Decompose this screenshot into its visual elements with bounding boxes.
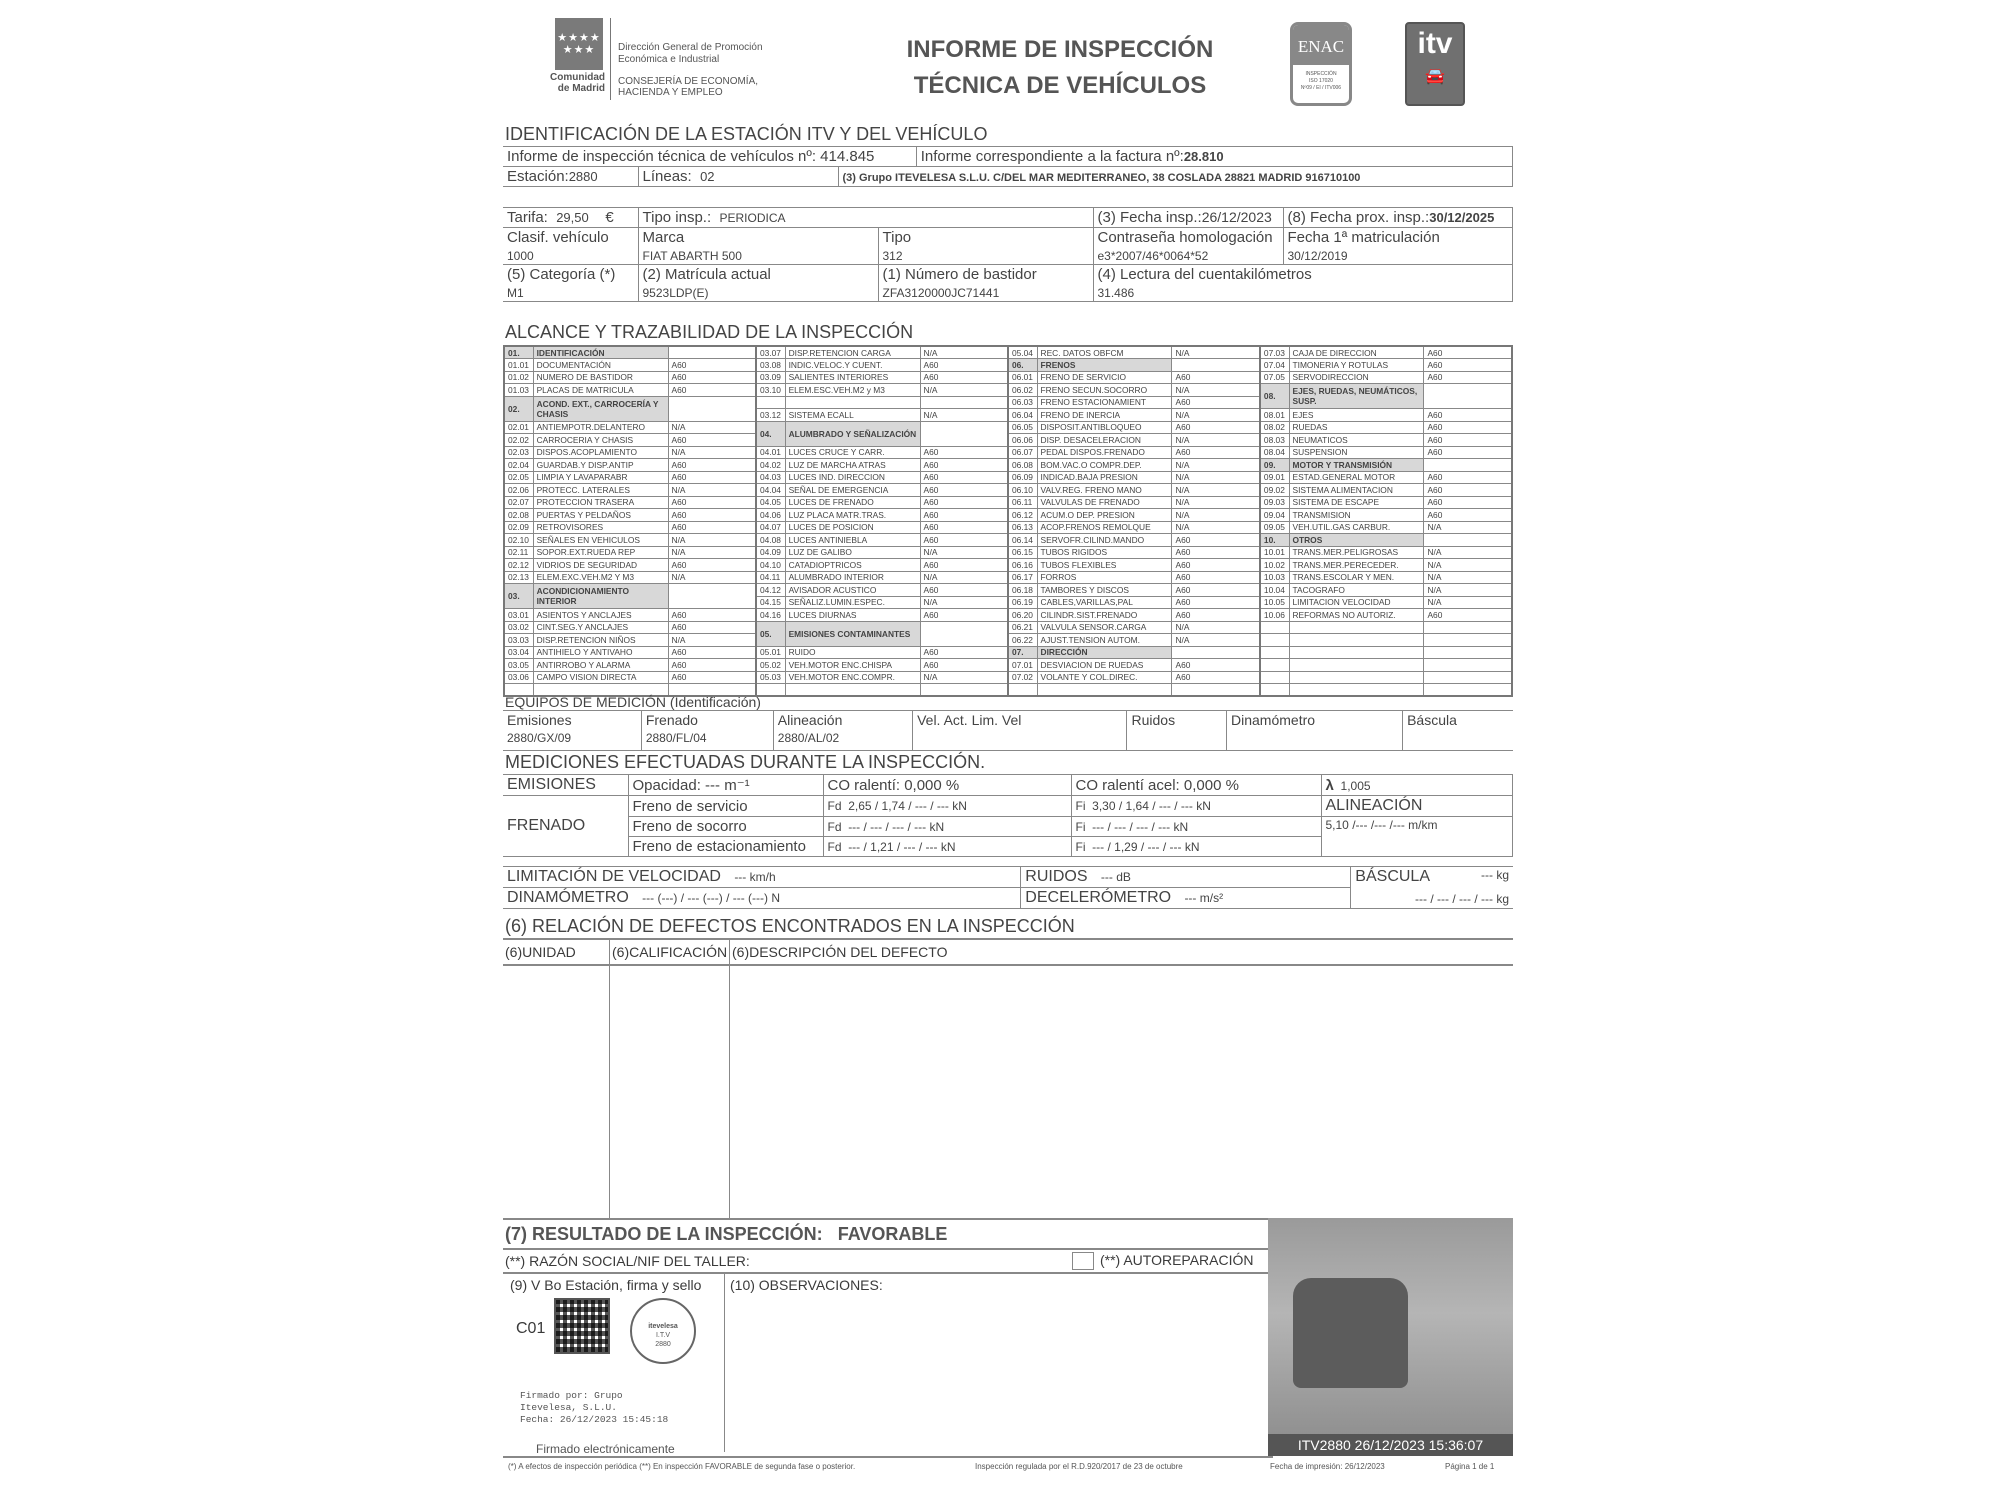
scope-code: 06.12 xyxy=(1008,509,1037,522)
page-title: INFORME DE INSPECCIÓN TÉCNICA DE VEHÍCUL… xyxy=(880,32,1240,104)
scope-code: 02.01 xyxy=(504,421,533,434)
scope-status: A60 xyxy=(1172,371,1260,384)
scope-item-name: PLACAS DE MATRICULA xyxy=(533,384,668,397)
scope-status: N/A xyxy=(1172,434,1260,447)
scope-code: 03.07 xyxy=(756,346,785,359)
scope-status: A60 xyxy=(668,471,756,484)
scope-status: N/A xyxy=(1424,546,1512,559)
scope-status: A60 xyxy=(668,496,756,509)
scope-item-name: EMISIONES CONTAMINANTES xyxy=(785,621,920,646)
scope-row: 02.08PUERTAS Y PELDAÑOSA6004.06LUZ PLACA… xyxy=(504,509,1512,522)
scope-status: A60 xyxy=(1424,409,1512,422)
scope-code: 02.05 xyxy=(504,471,533,484)
scope-row: 02.01ANTIEMPOTR.DELANTERON/A04.ALUMBRADO… xyxy=(504,421,1512,434)
workshop-label: (**) RAZÓN SOCIAL/NIF DEL TALLER: xyxy=(505,1253,750,1269)
defects-col-unit: (6)UNIDAD xyxy=(505,944,576,960)
scope-code xyxy=(1260,671,1289,684)
scope-item-name: SEÑAL DE EMERGENCIA xyxy=(785,484,920,497)
equipment-title: EQUIPOS DE MEDICIÓN (Identificación) xyxy=(505,694,761,710)
scope-item-name: ESTAD.GENERAL MOTOR xyxy=(1289,471,1424,484)
scope-code: 09.01 xyxy=(1260,471,1289,484)
scope-status: A60 xyxy=(1424,359,1512,372)
scope-row: 03.01ASIENTOS Y ANCLAJESA6004.16LUCES DI… xyxy=(504,609,1512,622)
scope-status xyxy=(1172,359,1260,372)
scope-item-name: AVISADOR ACUSTICO xyxy=(785,584,920,597)
scope-item-name: LUZ DE MARCHA ATRAS xyxy=(785,459,920,472)
scope-code: 04.12 xyxy=(756,584,785,597)
scope-item-name: INDIC.VELOC.Y CUENT. xyxy=(785,359,920,372)
scope-status: A60 xyxy=(1172,534,1260,547)
vehicle-table: Tarifa: 29,50 € Tipo insp.: PERIODICA (3… xyxy=(503,207,1513,302)
scope-status: A60 xyxy=(668,459,756,472)
scope-code: 03. xyxy=(504,584,533,609)
scope-code: 03.06 xyxy=(504,671,533,684)
scope-status xyxy=(1424,621,1512,634)
scope-status: A60 xyxy=(920,584,1008,597)
scope-code: 04.03 xyxy=(756,471,785,484)
scope-item-name: LUCES CRUCE Y CARR. xyxy=(785,446,920,459)
scope-item-name: CAJA DE DIRECCION xyxy=(1289,346,1424,359)
measurements-extra-table: LIMITACIÓN DE VELOCIDAD --- km/h RUIDOS … xyxy=(503,866,1513,909)
plate-cell: (2) Matrícula actual9523LDP(E) xyxy=(638,265,878,302)
footer-print-date: Fecha de impresión: 26/12/2023 xyxy=(1270,1462,1385,1471)
scope-title: ALCANCE Y TRAZABILIDAD DE LA INSPECCIÓN xyxy=(505,322,913,343)
scope-item-name xyxy=(1289,621,1424,634)
scope-item-name: PEDAL DISPOS.FRENADO xyxy=(1037,446,1172,459)
report-number-cell: Informe de inspección técnica de vehícul… xyxy=(503,147,916,167)
scope-code: 02.02 xyxy=(504,434,533,447)
photo-timestamp: ITV2880 26/12/2023 15:36:07 xyxy=(1268,1434,1513,1456)
scope-status: A60 xyxy=(920,496,1008,509)
scope-status: A60 xyxy=(668,609,756,622)
scope-status: A60 xyxy=(668,559,756,572)
scope-item-name: LIMITACION VELOCIDAD xyxy=(1289,596,1424,609)
first-registration-cell: Fecha 1ª matriculación30/12/2019 xyxy=(1283,228,1513,265)
scope-row: 03.ACONDICIONAMIENTO INTERIOR04.12AVISAD… xyxy=(504,584,1512,597)
scope-row: 01.IDENTIFICACIÓN03.07DISP.RETENCION CAR… xyxy=(504,346,1512,359)
category-cell: (5) Categoría (*)M1 xyxy=(503,265,638,302)
scope-code: 06.07 xyxy=(1008,446,1037,459)
scope-item-name: ELEM.EXC.VEH.M2 Y M3 xyxy=(533,571,668,584)
scope-code xyxy=(756,396,785,409)
scope-status: N/A xyxy=(920,409,1008,422)
scope-item-name: CATADIOPTRICOS xyxy=(785,559,920,572)
scope-code: 02.07 xyxy=(504,496,533,509)
scope-item-name: DISP.RETENCION CARGA xyxy=(785,346,920,359)
scope-item-name: SISTEMA ALIMENTACION xyxy=(1289,484,1424,497)
scope-item-name: FORROS xyxy=(1037,571,1172,584)
scope-row: 03.04ANTIHIELO Y ANTIVAHOA6005.01RUIDOA6… xyxy=(504,646,1512,659)
scope-item-name xyxy=(1289,659,1424,672)
scope-status: N/A xyxy=(668,634,756,647)
equipment-cell: Emisiones2880/GX/09 xyxy=(503,711,641,751)
scope-item-name: TRANS.MER.PERECEDER. xyxy=(1289,559,1424,572)
scope-status: A60 xyxy=(1172,671,1260,684)
scope-item-name: FRENOS xyxy=(1037,359,1172,372)
footer-regulation: Inspección regulada por el R.D.920/2017 … xyxy=(975,1462,1183,1471)
scope-status: A60 xyxy=(920,521,1008,534)
equipment-cell: Vel. Act. Lim. Vel xyxy=(913,711,1127,751)
scope-item-name: ALUMBRADO INTERIOR xyxy=(785,571,920,584)
scope-status xyxy=(1424,384,1512,409)
scope-row: 02.05LIMPIA Y LAVAPARABRA6004.03LUCES IN… xyxy=(504,471,1512,484)
scope-code: 04.08 xyxy=(756,534,785,547)
scope-row: 02.03DISPOS.ACOPLAMIENTON/A04.01LUCES CR… xyxy=(504,446,1512,459)
scope-status: A60 xyxy=(1172,446,1260,459)
scope-item-name: CAMPO VISION DIRECTA xyxy=(533,671,668,684)
scope-item-name: MOTOR Y TRANSMISIÓN xyxy=(1289,459,1424,472)
direction-general: Dirección General de Promoción Económica… xyxy=(618,42,763,66)
scope-item-name: ANTIEMPOTR.DELANTERO xyxy=(533,421,668,434)
stars-icon: ★★★★ ★★★ xyxy=(555,18,603,56)
scope-status: A60 xyxy=(920,609,1008,622)
scope-code: 03.09 xyxy=(756,371,785,384)
scope-code: 04.01 xyxy=(756,446,785,459)
scope-row: 02.04GUARDAB.Y DISP.ANTIPA6004.02LUZ DE … xyxy=(504,459,1512,472)
scope-item-name: CINT.SEG.Y ANCLAJES xyxy=(533,621,668,634)
scope-item-name: CARROCERIA Y CHASIS xyxy=(533,434,668,447)
homologation-cell: Contraseña homologacióne3*2007/46*0064*5… xyxy=(1093,228,1283,265)
scope-status: A60 xyxy=(920,471,1008,484)
scope-status: N/A xyxy=(1172,496,1260,509)
scope-item-name: RETROVISORES xyxy=(533,521,668,534)
scope-item-name: VIDRIOS DE SEGURIDAD xyxy=(533,559,668,572)
scope-status: A60 xyxy=(668,359,756,372)
scope-item-name: VOLANTE Y COL.DIREC. xyxy=(1037,671,1172,684)
scope-item-name: VALV.REG. FRENO MANO xyxy=(1037,484,1172,497)
scope-item-name: VALVULAS DE FRENADO xyxy=(1037,496,1172,509)
scope-code: 09.05 xyxy=(1260,521,1289,534)
scope-code: 03.02 xyxy=(504,621,533,634)
defects-col-rating: (6)CALIFICACIÓN xyxy=(612,944,727,960)
scope-status: N/A xyxy=(1424,584,1512,597)
scope-item-name: VEH.UTIL.GAS CARBUR. xyxy=(1289,521,1424,534)
scope-row: 02.06PROTECC. LATERALESN/A04.04SEÑAL DE … xyxy=(504,484,1512,497)
scope-status: N/A xyxy=(1172,346,1260,359)
scope-status: A60 xyxy=(1172,571,1260,584)
station-cell: Estación:2880 xyxy=(503,167,638,187)
scope-status: A60 xyxy=(920,359,1008,372)
defects-col-description: (6)DESCRIPCIÓN DEL DEFECTO xyxy=(732,944,947,960)
scope-code: 02. xyxy=(504,396,533,421)
scope-status: N/A xyxy=(920,571,1008,584)
scope-status: A60 xyxy=(920,534,1008,547)
scope-code: 07.03 xyxy=(1260,346,1289,359)
scope-status xyxy=(1172,646,1260,659)
scope-code: 06.02 xyxy=(1008,384,1037,397)
measurements-table: EMISIONES Opacidad: --- m⁻¹ CO ralentí: … xyxy=(503,774,1513,857)
scope-row: 03.03DISP.RETENCION NIÑOSN/A06.22AJUST.T… xyxy=(504,634,1512,647)
measurements-title: MEDICIONES EFECTUADAS DURANTE LA INSPECC… xyxy=(505,752,985,773)
scope-status: N/A xyxy=(1172,509,1260,522)
scope-code: 06.19 xyxy=(1008,596,1037,609)
scope-item-name: DIRECCIÓN xyxy=(1037,646,1172,659)
scope-status: A60 xyxy=(920,371,1008,384)
tariff-cell: Tarifa: 29,50 € xyxy=(503,208,638,228)
scope-status xyxy=(920,421,1008,446)
scope-code xyxy=(1260,634,1289,647)
scope-status: N/A xyxy=(668,546,756,559)
scope-status: N/A xyxy=(1424,559,1512,572)
scope-item-name: PROTECCION TRASERA xyxy=(533,496,668,509)
signed-electronically: Firmado electrónicamente xyxy=(536,1442,675,1456)
scope-code: 10.02 xyxy=(1260,559,1289,572)
scope-code: 04.16 xyxy=(756,609,785,622)
scope-row: 02.13ELEM.EXC.VEH.M2 Y M3N/A04.11ALUMBRA… xyxy=(504,571,1512,584)
scope-status: N/A xyxy=(920,671,1008,684)
scope-status xyxy=(668,396,756,421)
footer-note: (*) A efectos de inspección periódica (*… xyxy=(508,1462,855,1471)
scope-item-name: ELEM.ESC.VEH.M2 y M3 xyxy=(785,384,920,397)
scope-code: 04.02 xyxy=(756,459,785,472)
scope-status: N/A xyxy=(1424,521,1512,534)
scope-item-name: REFORMAS NO AUTORIZ. xyxy=(1289,609,1424,622)
equipment-cell: Ruidos xyxy=(1127,711,1227,751)
insp-type-cell: Tipo insp.: PERIODICA xyxy=(638,208,1093,228)
scope-status: N/A xyxy=(668,421,756,434)
insp-date-cell: (3) Fecha insp.:26/12/2023 xyxy=(1093,208,1283,228)
scope-code: 02.11 xyxy=(504,546,533,559)
scope-status: A60 xyxy=(1172,659,1260,672)
scope-status: N/A xyxy=(1172,459,1260,472)
scope-status: A60 xyxy=(1424,496,1512,509)
header-divider xyxy=(610,18,611,100)
scope-item-name: VEH.MOTOR ENC.CHISPA xyxy=(785,659,920,672)
scope-status: N/A xyxy=(920,346,1008,359)
scope-code: 01. xyxy=(504,346,533,359)
scope-item-name: FRENO DE INERCIA xyxy=(1037,409,1172,422)
scope-status: A60 xyxy=(1172,559,1260,572)
scope-status: A60 xyxy=(1172,546,1260,559)
scope-item-name: PROTECC. LATERALES xyxy=(533,484,668,497)
scope-item-name: NEUMATICOS xyxy=(1289,434,1424,447)
scope-status: N/A xyxy=(668,446,756,459)
scope-status: A60 xyxy=(920,646,1008,659)
scope-item-name: SALIENTES INTERIORES xyxy=(785,371,920,384)
scope-status: A60 xyxy=(1172,609,1260,622)
scope-row: 03.06CAMPO VISION DIRECTAA6005.03VEH.MOT… xyxy=(504,671,1512,684)
scope-code: 04.15 xyxy=(756,596,785,609)
scope-item-name: EJES xyxy=(1289,409,1424,422)
scope-item-name: SEÑALES EN VEHICULOS xyxy=(533,534,668,547)
scope-item-name: LIMPIA Y LAVAPARABR xyxy=(533,471,668,484)
station-sign-label: (9) V Bo Estación, firma y sello xyxy=(510,1277,701,1293)
scope-item-name: DISP. DESACELERACION xyxy=(1037,434,1172,447)
scope-code: 02.04 xyxy=(504,459,533,472)
vin-cell: (1) Número de bastidorZFA3120000JC71441 xyxy=(878,265,1093,302)
signed-by: Firmado por: Grupo Itevelesa, S.L.U. Fec… xyxy=(520,1390,668,1426)
scope-status: N/A xyxy=(668,571,756,584)
scope-item-name: TAMBORES Y DISCOS xyxy=(1037,584,1172,597)
scope-code: 05.03 xyxy=(756,671,785,684)
scope-item-name: OTROS xyxy=(1289,534,1424,547)
scope-item-name: LUCES DIURNAS xyxy=(785,609,920,622)
scope-item-name: TUBOS RIGIDOS xyxy=(1037,546,1172,559)
scope-status: A60 xyxy=(1424,471,1512,484)
scope-item-name: SISTEMA DE ESCAPE xyxy=(1289,496,1424,509)
scope-status: N/A xyxy=(1424,571,1512,584)
scope-status: N/A xyxy=(668,484,756,497)
scope-code: 06.09 xyxy=(1008,471,1037,484)
scope-item-name xyxy=(1289,646,1424,659)
scope-item-name: LUZ DE GALIBO xyxy=(785,546,920,559)
scope-code: 05.04 xyxy=(1008,346,1037,359)
scope-code: 03.12 xyxy=(756,409,785,422)
scope-item-name: ACOND. EXT., CARROCERÍA Y CHASIS xyxy=(533,396,668,421)
scope-item-name: DISPOS.ACOPLAMIENTO xyxy=(533,446,668,459)
scope-row: 02.07PROTECCION TRASERAA6004.05LUCES DE … xyxy=(504,496,1512,509)
type-cell: Tipo312 xyxy=(878,228,1093,265)
scope-item-name: GUARDAB.Y DISP.ANTIP xyxy=(533,459,668,472)
scope-status: A60 xyxy=(668,384,756,397)
scope-item-name: LUZ PLACA MATR.TRAS. xyxy=(785,509,920,522)
scope-code: 10.06 xyxy=(1260,609,1289,622)
identification-table: Informe de inspección técnica de vehícul… xyxy=(503,146,1513,187)
scope-code: 01.02 xyxy=(504,371,533,384)
scope-item-name: TIMONERIA Y ROTULAS xyxy=(1289,359,1424,372)
scope-status: A60 xyxy=(1172,396,1260,409)
footer-page: Página 1 de 1 xyxy=(1445,1462,1494,1471)
scope-row: 03.02CINT.SEG.Y ANCLAJESA6005.EMISIONES … xyxy=(504,621,1512,634)
qr-code xyxy=(554,1298,610,1354)
scope-code: 08. xyxy=(1260,384,1289,409)
scope-item-name: CILINDR.SIST.FRENADO xyxy=(1037,609,1172,622)
scope-item-name: FRENO DE SERVICIO xyxy=(1037,371,1172,384)
scope-code: 08.03 xyxy=(1260,434,1289,447)
scope-item-name: IDENTIFICACIÓN xyxy=(533,346,668,359)
company-cell: (3) Grupo ITEVELESA S.L.U. C/DEL MAR MED… xyxy=(838,167,1513,187)
scope-status xyxy=(1424,634,1512,647)
scope-code xyxy=(1260,621,1289,634)
scope-item-name: RUEDAS xyxy=(1289,421,1424,434)
scope-code: 09.02 xyxy=(1260,484,1289,497)
scope-code: 06.03 xyxy=(1008,396,1037,409)
self-repair-checkbox[interactable] xyxy=(1072,1252,1094,1270)
equipment-cell: Dinamómetro xyxy=(1227,711,1403,751)
scope-code: 08.02 xyxy=(1260,421,1289,434)
scope-code: 06.21 xyxy=(1008,621,1037,634)
scope-row: 02.11SOPOR.EXT.RUEDA REPN/A04.09LUZ DE G… xyxy=(504,546,1512,559)
scope-code: 04.11 xyxy=(756,571,785,584)
vehicle-class-cell: Clasif. vehículo1000 xyxy=(503,228,638,265)
scope-item-name: FRENO ESTACIONAMIENT xyxy=(1037,396,1172,409)
scope-code: 06.22 xyxy=(1008,634,1037,647)
scope-status: A60 xyxy=(920,659,1008,672)
scope-code: 05. xyxy=(756,621,785,646)
scope-status: A60 xyxy=(668,646,756,659)
scope-row: 02.10SEÑALES EN VEHICULOSN/A04.08LUCES A… xyxy=(504,534,1512,547)
scope-code: 06.18 xyxy=(1008,584,1037,597)
scope-item-name: ANTIHIELO Y ANTIVAHO xyxy=(533,646,668,659)
scope-item-name: CABLES,VARILLAS,PAL xyxy=(1037,596,1172,609)
itv-logo: itv 🚘 xyxy=(1405,22,1465,106)
scope-item-name: LUCES IND. DIRECCION xyxy=(785,471,920,484)
scope-status xyxy=(668,584,756,609)
scope-code: 02.12 xyxy=(504,559,533,572)
scope-code: 03.10 xyxy=(756,384,785,397)
scope-item-name: ACOP.FRENOS REMOLQUE xyxy=(1037,521,1172,534)
scope-code: 05.01 xyxy=(756,646,785,659)
scope-status: N/A xyxy=(1172,409,1260,422)
scope-code: 06.01 xyxy=(1008,371,1037,384)
scope-status: N/A xyxy=(920,546,1008,559)
scope-code: 06.16 xyxy=(1008,559,1037,572)
scope-code: 10.01 xyxy=(1260,546,1289,559)
inspection-report: ★★★★ ★★★ Comunidad de Madrid Dirección G… xyxy=(500,10,1510,1490)
scope-item-name: TACOGRAFO xyxy=(1289,584,1424,597)
lines-cell: Líneas: 02 xyxy=(638,167,838,187)
scope-code: 07.01 xyxy=(1008,659,1037,672)
scope-code: 02.03 xyxy=(504,446,533,459)
scope-code: 06.10 xyxy=(1008,484,1037,497)
scope-code: 04.04 xyxy=(756,484,785,497)
scope-status xyxy=(1424,534,1512,547)
scope-item-name: AJUST.TENSION AUTOM. xyxy=(1037,634,1172,647)
self-repair-label: (**) AUTOREPARACIÓN xyxy=(1100,1252,1254,1268)
enac-logo: ENAC INSPECCIÓN ISO 17020 Nº09 / EI / IT… xyxy=(1290,22,1352,106)
scope-code: 07. xyxy=(1008,646,1037,659)
scope-code: 06.06 xyxy=(1008,434,1037,447)
scope-item-name: TRANSMISION xyxy=(1289,509,1424,522)
scope-status: A60 xyxy=(920,509,1008,522)
scope-code: 06.17 xyxy=(1008,571,1037,584)
scope-code: 04.10 xyxy=(756,559,785,572)
ministry: CONSEJERÍA DE ECONOMÍA, HACIENDA Y EMPLE… xyxy=(618,76,758,98)
scope-item-name xyxy=(1289,634,1424,647)
scope-code: 08.04 xyxy=(1260,446,1289,459)
scope-status: A60 xyxy=(1172,596,1260,609)
scope-status xyxy=(1424,671,1512,684)
scope-code: 06.20 xyxy=(1008,609,1037,622)
scope-item-name: SERVODIRECCION xyxy=(1289,371,1424,384)
comunidad-madrid-logo: ★★★★ ★★★ xyxy=(555,18,603,70)
scope-code: 09.04 xyxy=(1260,509,1289,522)
scope-status: N/A xyxy=(1172,484,1260,497)
scope-item-name: VALVULA SENSOR.CARGA xyxy=(1037,621,1172,634)
scope-item-name xyxy=(1289,671,1424,684)
scope-code: 03.03 xyxy=(504,634,533,647)
scope-status: A60 xyxy=(1424,434,1512,447)
scope-code: 10.03 xyxy=(1260,571,1289,584)
scope-status: A60 xyxy=(668,621,756,634)
scope-status: A60 xyxy=(1424,371,1512,384)
scope-status: A60 xyxy=(668,659,756,672)
brand-cell: MarcaFIAT ABARTH 500 xyxy=(638,228,878,265)
odometer-cell: (4) Lectura del cuentakilómetros31.486 xyxy=(1093,265,1513,302)
scope-item-name: TUBOS FLEXIBLES xyxy=(1037,559,1172,572)
scope-code: 03.08 xyxy=(756,359,785,372)
scope-item-name: SUSPENSION xyxy=(1289,446,1424,459)
scope-status: A60 xyxy=(1424,446,1512,459)
scope-item-name: DESVIACION DE RUEDAS xyxy=(1037,659,1172,672)
scope-item-name: DOCUMENTACIÓN xyxy=(533,359,668,372)
scope-item-name: DISPOSIT.ANTIBLOQUEO xyxy=(1037,421,1172,434)
scope-item-name: ALUMBRADO Y SEÑALIZACIÓN xyxy=(785,421,920,446)
scope-code: 06.11 xyxy=(1008,496,1037,509)
scope-code: 01.01 xyxy=(504,359,533,372)
result: (7) RESULTADO DE LA INSPECCIÓN: FAVORABL… xyxy=(505,1224,947,1245)
scope-row: 02.12VIDRIOS DE SEGURIDADA6004.10CATADIO… xyxy=(504,559,1512,572)
equipment-table: Emisiones2880/GX/09Frenado2880/FL/04Alin… xyxy=(503,710,1513,751)
scope-item-name: TRANS.ESCOLAR Y MEN. xyxy=(1289,571,1424,584)
scope-status: A60 xyxy=(920,446,1008,459)
scope-item-name: LUCES DE POSICION xyxy=(785,521,920,534)
equipment-cell: Báscula xyxy=(1403,711,1513,751)
result-value: FAVORABLE xyxy=(838,1224,948,1244)
scope-item-name: ASIENTOS Y ANCLAJES xyxy=(533,609,668,622)
station-seal: itevelesa I.T.V 2880 xyxy=(630,1298,696,1364)
scope-code: 08.01 xyxy=(1260,409,1289,422)
